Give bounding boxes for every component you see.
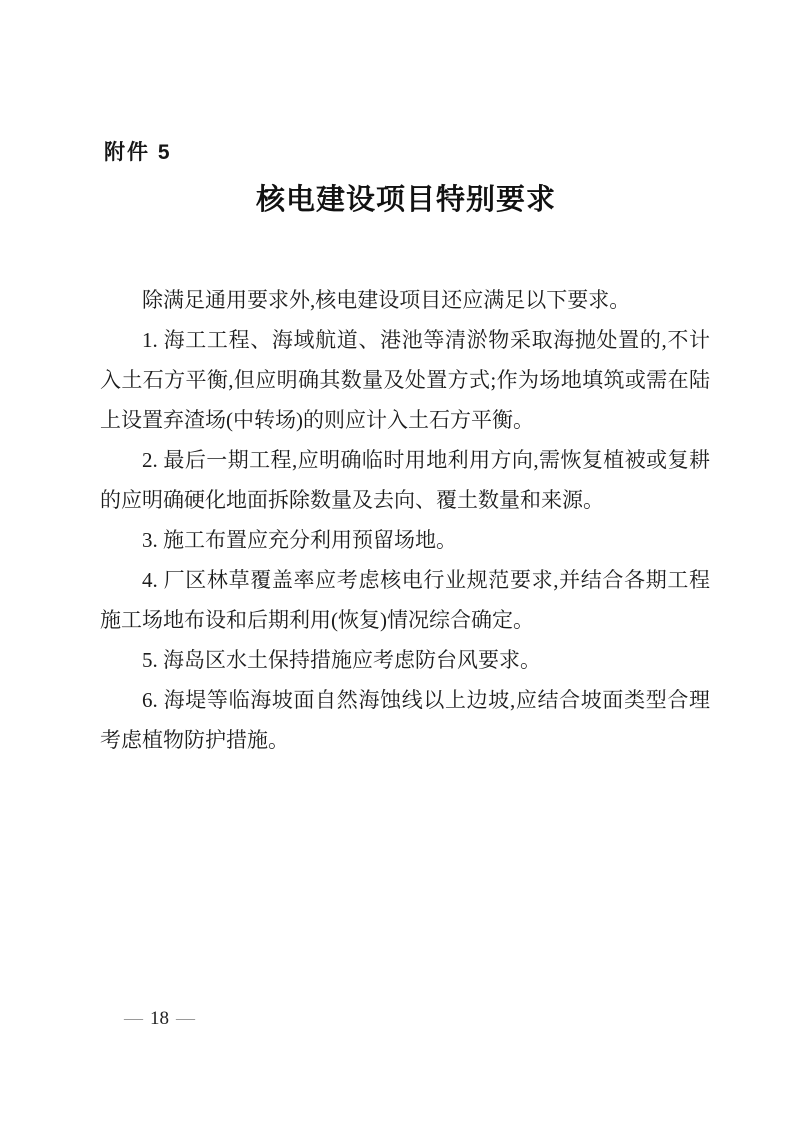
requirement-item-6: 6. 海堤等临海坡面自然海蚀线以上边坡,应结合坡面类型合理考虑植物防护措施。 [100, 680, 710, 760]
footer-dash-left: — [124, 1008, 143, 1029]
attachment-label: 附件 5 [104, 136, 172, 166]
requirement-item-2: 2. 最后一期工程,应明确临时用地利用方向,需恢复植被或复耕的应明确硬化地面拆除… [100, 440, 710, 520]
intro-paragraph: 除满足通用要求外,核电建设项目还应满足以下要求。 [100, 280, 710, 320]
page-footer: —18— [124, 1008, 195, 1030]
requirement-item-5: 5. 海岛区水土保持措施应考虑防台风要求。 [100, 640, 710, 680]
footer-dash-right: — [176, 1008, 195, 1029]
page-number: 18 [143, 1008, 176, 1029]
document-body: 除满足通用要求外,核电建设项目还应满足以下要求。 1. 海工工程、海域航道、港池… [100, 280, 710, 760]
requirement-item-3: 3. 施工布置应充分利用预留场地。 [100, 520, 710, 560]
requirement-item-1: 1. 海工工程、海域航道、港池等清淤物采取海抛处置的,不计入土石方平衡,但应明确… [100, 320, 710, 440]
requirement-item-4: 4. 厂区林草覆盖率应考虑核电行业规范要求,并结合各期工程施工场地布设和后期利用… [100, 560, 710, 640]
document-page: 附件 5 核电建设项目特别要求 除满足通用要求外,核电建设项目还应满足以下要求。… [0, 0, 800, 1131]
page-title: 核电建设项目特别要求 [100, 177, 712, 218]
